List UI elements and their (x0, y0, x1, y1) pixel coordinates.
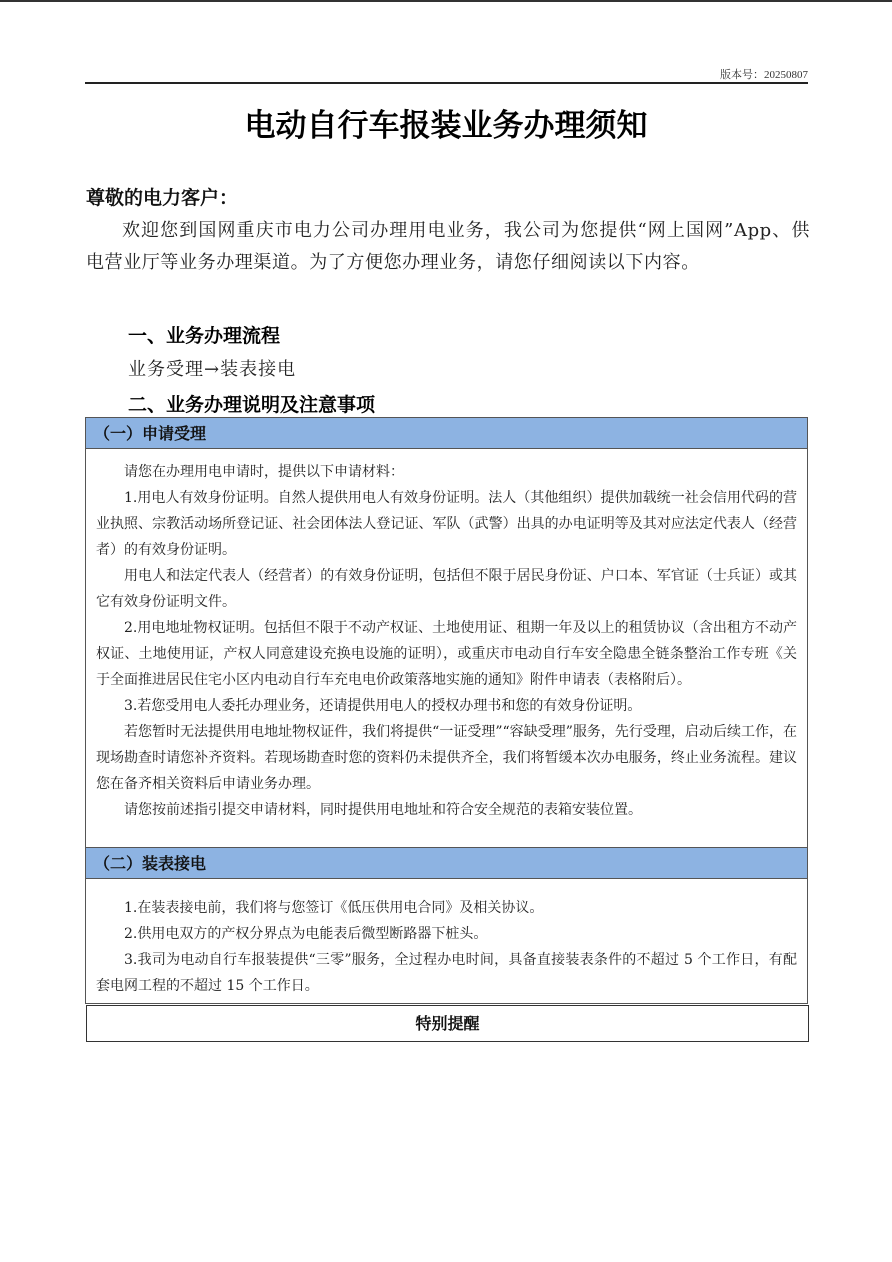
application-box-body: 请您在办理用电申请时，提供以下申请材料： 1.用电人有效身份证明。自然人提供用电… (86, 449, 807, 831)
document-title: 电动自行车报装业务办理须知 (0, 100, 892, 145)
application-paragraph: 1.用电人有效身份证明。自然人提供用电人有效身份证明。法人（其他组织）提供加载统… (96, 485, 797, 563)
intro-paragraph: 欢迎您到国网重庆市电力公司办理用电业务，我公司为您提供“网上国网”App、供电营… (86, 215, 810, 279)
application-paragraph: 请您按前述指引提交申请材料，同时提供用电地址和符合安全规范的表箱安装位置。 (96, 797, 797, 823)
greeting: 尊敬的电力客户： (86, 183, 238, 210)
process-flow: 业务受理→装表接电 (128, 355, 296, 381)
application-paragraph: 用电人和法定代表人（经营者）的有效身份证明，包括但不限于居民身份证、户口本、军官… (96, 563, 797, 615)
installation-box: （二）装表接电 1.在装表接电前，我们将与您签订《低压供用电合同》及相关协议。 … (85, 847, 808, 1004)
application-paragraph: 2.用电地址物权证明。包括但不限于不动产权证、土地使用证、租期一年及以上的租赁协… (96, 615, 797, 693)
header-rule (85, 82, 808, 84)
application-box-header: （一）申请受理 (86, 418, 807, 449)
page-top-border (0, 0, 892, 2)
application-box: （一）申请受理 请您在办理用电申请时，提供以下申请材料： 1.用电人有效身份证明… (85, 417, 808, 848)
application-paragraph: 若您暂时无法提供用电地址物权证件，我们将提供“一证受理”“容缺受理”服务，先行受… (96, 719, 797, 797)
installation-paragraph: 1.在装表接电前，我们将与您签订《低压供用电合同》及相关协议。 (96, 895, 797, 921)
installation-box-header: （二）装表接电 (86, 848, 807, 879)
version-label: 版本号：20250807 (720, 66, 808, 82)
section-process-title: 一、业务办理流程 (128, 321, 280, 348)
application-paragraph: 3.若您受用电人委托办理业务，还请提供用电人的授权办理书和您的有效身份证明。 (96, 693, 797, 719)
installation-paragraph: 2.供用电双方的产权分界点为电能表后微型断路器下桩头。 (96, 921, 797, 947)
section-notes-title: 二、业务办理说明及注意事项 (128, 390, 375, 417)
special-reminder-heading: 特别提醒 (86, 1005, 809, 1042)
installation-box-body: 1.在装表接电前，我们将与您签订《低压供用电合同》及相关协议。 2.供用电双方的… (86, 879, 807, 1007)
installation-paragraph: 3.我司为电动自行车报装提供“三零”服务，全过程办电时间，具备直接装表条件的不超… (96, 947, 797, 999)
application-paragraph: 请您在办理用电申请时，提供以下申请材料： (96, 459, 797, 485)
